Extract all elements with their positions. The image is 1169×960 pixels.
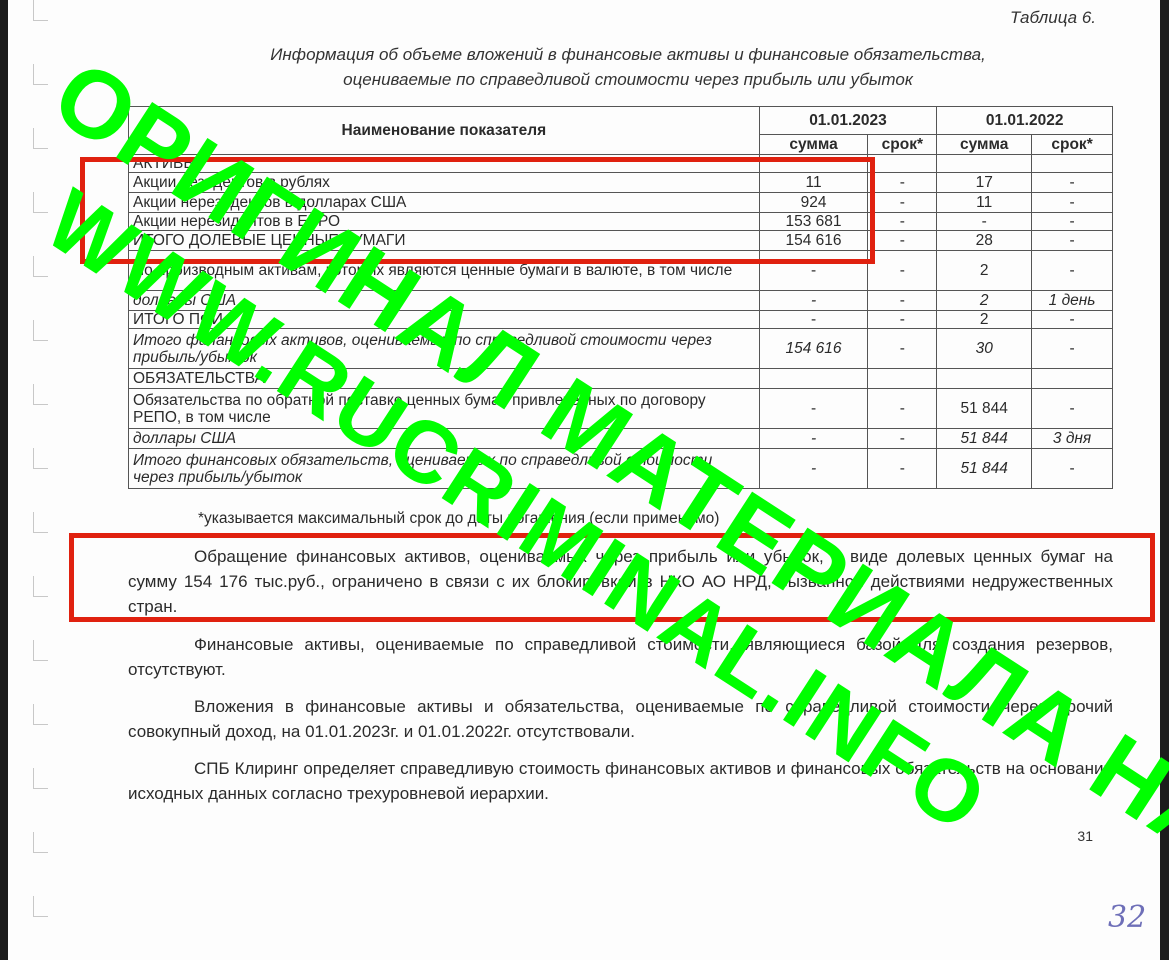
row-sum-2022: 30 [937,329,1032,369]
margin-tick [33,896,48,917]
row-term-2022 [1032,369,1113,389]
row-sum-2022: 51 844 [937,449,1032,489]
row-term-2022: - [1032,329,1113,369]
row-sum-2023: - [759,429,868,449]
row-sum-2022: 51 844 [937,389,1032,429]
margin-tick [33,768,48,789]
row-sum-2022: 2 [937,311,1032,329]
row-sum-2023 [759,369,868,389]
row-term-2022: - [1032,213,1113,231]
row-sum-2023: - [759,389,868,429]
margin-tick [33,384,48,405]
row-term-2023 [868,155,937,173]
handwritten-page-number: 32 [1108,900,1146,935]
row-term-2022 [1032,155,1113,173]
row-term-2023: - [868,311,937,329]
row-sum-2022: 17 [937,173,1032,193]
row-sum-2022: 28 [937,231,1032,251]
row-term-2023: - [868,251,937,291]
row-term-2023: - [868,429,937,449]
row-term-2022: - [1032,251,1113,291]
row-term-2023: - [868,291,937,311]
row-sum-2022 [937,369,1032,389]
row-sum-2023: - [759,291,868,311]
row-sum-2022: 2 [937,291,1032,311]
margin-tick [33,192,48,213]
caption-line-2: оцениваемые по справедливой стоимости че… [128,67,1128,92]
row-sum-2022 [937,155,1032,173]
margin-tick [33,64,48,85]
row-sum-2022: - [937,213,1032,231]
row-term-2023: - [868,213,937,231]
table-label: Таблица 6. [1010,8,1096,28]
margin-tick [33,576,48,597]
row-term-2023: - [868,329,937,369]
row-term-2022: - [1032,311,1113,329]
caption-line-1: Информация об объеме вложений в финансов… [128,42,1128,67]
margin-tick [33,512,48,533]
row-term-2022: - [1032,449,1113,489]
header-date-2022: 01.01.2022 [937,107,1113,135]
margin-tick [33,832,48,853]
row-term-2022: 3 дня [1032,429,1113,449]
margin-tick [33,640,48,661]
row-term-2023: - [868,389,937,429]
row-term-2022: 1 день [1032,291,1113,311]
header-sum-2022: сумма [937,135,1032,155]
row-term-2023: - [868,193,937,213]
row-term-2022: - [1032,193,1113,213]
row-sum-2022: 11 [937,193,1032,213]
page-number: 31 [1077,828,1093,844]
margin-tick [33,0,48,21]
row-term-2023: - [868,449,937,489]
row-term-2023 [868,369,937,389]
header-sum-2023: сумма [759,135,868,155]
margin-tick [33,704,48,725]
row-sum-2022: 51 844 [937,429,1032,449]
header-term-2023: срок* [868,135,937,155]
row-sum-2022: 2 [937,251,1032,291]
header-term-2022: срок* [1032,135,1113,155]
row-term-2022: - [1032,173,1113,193]
row-sum-2023: - [759,311,868,329]
table-caption: Информация об объеме вложений в финансов… [128,42,1128,92]
header-date-2023: 01.01.2023 [759,107,937,135]
row-sum-2023: 154 616 [759,329,868,369]
row-term-2022: - [1032,231,1113,251]
row-term-2022: - [1032,389,1113,429]
margin-ticks [33,0,53,960]
row-term-2023: - [868,231,937,251]
margin-tick [33,448,48,469]
row-term-2023: - [868,173,937,193]
margin-tick [33,320,48,341]
